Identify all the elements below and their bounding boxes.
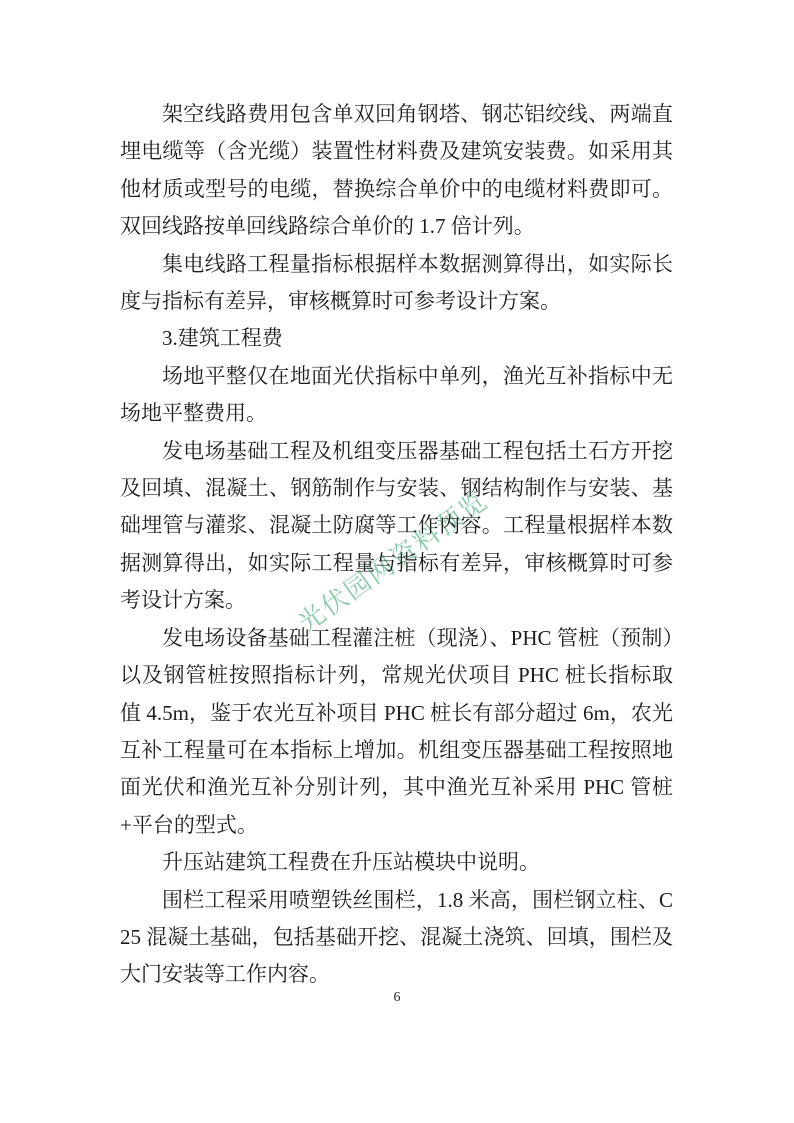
paragraph: 架空线路费用包含单双回角钢塔、钢芯铝绞线、两端直埋电缆等（含光缆）装置性材料费及… [120,96,673,246]
paragraph: 升压站建筑工程费在升压站模块中说明。 [120,844,673,881]
document-body: 架空线路费用包含单双回角钢塔、钢芯铝绞线、两端直埋电缆等（含光缆）装置性材料费及… [120,96,673,994]
document-page: 光伏园网资料预览 架空线路费用包含单双回角钢塔、钢芯铝绞线、两端直埋电缆等（含光… [0,0,794,1123]
paragraph: 发电场基础工程及机组变压器基础工程包括土石方开挖及回填、混凝土、钢筋制作与安装、… [120,433,673,620]
paragraph: 集电线路工程量指标根据样本数据测算得出，如实际长度与指标有差异，审核概算时可参考… [120,246,673,321]
paragraph: 围栏工程采用喷塑铁丝围栏，1.8 米高，围栏钢立柱、C25 混凝土基础，包括基础… [120,882,673,994]
paragraph: 发电场设备基础工程灌注桩（现浇）、PHC 管桩（预制）以及钢管桩按照指标计列，常… [120,620,673,844]
paragraph: 场地平整仅在地面光伏指标中单列，渔光互补指标中无场地平整费用。 [120,358,673,433]
paragraph: 3.建筑工程费 [120,320,673,357]
page-number: 6 [0,990,794,1006]
